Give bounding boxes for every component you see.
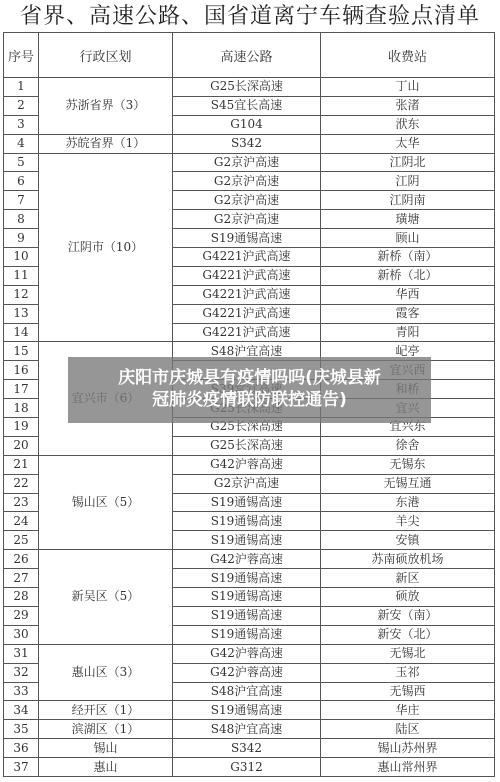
cell-road: G42沪蓉高速 (173, 644, 321, 663)
cell-no: 21 (4, 455, 39, 474)
cell-station: 苏南硕放机场 (321, 550, 495, 569)
table-row: 21锡山区（5）G42沪蓉高速无锡东 (4, 455, 495, 474)
cell-no: 28 (4, 588, 39, 607)
cell-region: 惠山区（3） (39, 644, 173, 701)
cell-road: S19通锡高速 (173, 606, 321, 625)
cell-station: 羊尖 (321, 512, 495, 531)
header-station: 收费站 (321, 33, 495, 78)
cell-no: 12 (4, 285, 39, 304)
cell-no: 24 (4, 512, 39, 531)
cell-no: 16 (4, 361, 39, 380)
cell-station: 洑东 (321, 115, 495, 134)
cell-road: S19通锡高速 (173, 493, 321, 512)
cell-road: G104 (173, 115, 321, 134)
cell-road: G4221沪武高速 (173, 248, 321, 267)
cell-station: 华庄 (321, 701, 495, 720)
cell-no: 19 (4, 418, 39, 437)
cell-road: G2京沪高速 (173, 474, 321, 493)
cell-no: 31 (4, 644, 39, 663)
cell-station: 无锡北 (321, 644, 495, 663)
cell-region: 经开区（1） (39, 701, 173, 720)
table-row: 37惠山G312惠山常州界 (4, 758, 495, 777)
cell-region: 苏浙省界（3） (39, 78, 173, 135)
cell-station: 江阴南 (321, 191, 495, 210)
cell-road: S19通锡高速 (173, 512, 321, 531)
cell-road: S19通锡高速 (173, 569, 321, 588)
cell-station: 陆区 (321, 720, 495, 739)
cell-road: G4221沪武高速 (173, 285, 321, 304)
cell-station: 新区 (321, 569, 495, 588)
cell-no: 23 (4, 493, 39, 512)
cell-road: S19通锡高速 (173, 229, 321, 248)
cell-road: S19通锡高速 (173, 625, 321, 644)
table-row: 1苏浙省界（3）G25长深高速丁山 (4, 78, 495, 97)
cell-road: G4221沪武高速 (173, 266, 321, 285)
cell-station: 锡山苏州界 (321, 739, 495, 758)
cell-no: 32 (4, 663, 39, 682)
cell-no: 3 (4, 115, 39, 134)
cell-no: 26 (4, 550, 39, 569)
cell-station: 顾山 (321, 229, 495, 248)
header-road: 高速公路 (173, 33, 321, 78)
cell-region: 惠山 (39, 758, 173, 777)
cell-no: 10 (4, 248, 39, 267)
cell-no: 14 (4, 323, 39, 342)
cell-station: 新桥（南） (321, 248, 495, 267)
cell-no: 20 (4, 436, 39, 455)
cell-station: 徐舍 (321, 436, 495, 455)
cell-road: G42沪蓉高速 (173, 663, 321, 682)
cell-no: 27 (4, 569, 39, 588)
cell-no: 37 (4, 758, 39, 777)
table-row: 36锡山S342锡山苏州界 (4, 739, 495, 758)
cell-no: 13 (4, 304, 39, 323)
cell-station: 玉祁 (321, 663, 495, 682)
cell-no: 33 (4, 682, 39, 701)
cell-no: 29 (4, 606, 39, 625)
cell-no: 17 (4, 380, 39, 399)
cell-road: G312 (173, 758, 321, 777)
cell-no: 36 (4, 739, 39, 758)
cell-no: 34 (4, 701, 39, 720)
cell-no: 25 (4, 531, 39, 550)
cell-station: 新桥（北） (321, 266, 495, 285)
cell-station: 硕放 (321, 588, 495, 607)
overlay-line-1: 庆阳市庆城县有疫情吗吗(庆城县新 (68, 367, 431, 389)
cell-region: 滨湖区（1） (39, 720, 173, 739)
cell-road: G2京沪高速 (173, 210, 321, 229)
cell-road: S19通锡高速 (173, 531, 321, 550)
cell-station: 无锡西 (321, 682, 495, 701)
cell-station: 新安（南） (321, 606, 495, 625)
cell-station: 丁山 (321, 78, 495, 97)
cell-region: 苏皖省界（1） (39, 134, 173, 153)
cell-station: 东港 (321, 493, 495, 512)
cell-road: S19通锡高速 (173, 588, 321, 607)
cell-no: 9 (4, 229, 39, 248)
cell-station: 霞客 (321, 304, 495, 323)
cell-station: 安镇 (321, 531, 495, 550)
document-title: 省界、高速公路、国省道离宁车辆查验点清单 (0, 2, 500, 32)
cell-no: 22 (4, 474, 39, 493)
cell-road: S48沪宜高速 (173, 682, 321, 701)
cell-no: 5 (4, 153, 39, 172)
cell-road: G25长深高速 (173, 436, 321, 455)
cell-road: G42沪蓉高速 (173, 550, 321, 569)
table-row: 26新吴区（5）G42沪蓉高速苏南硕放机场 (4, 550, 495, 569)
cell-station: 璜塘 (321, 210, 495, 229)
cell-road: G4221沪武高速 (173, 304, 321, 323)
table-row: 31惠山区（3）G42沪蓉高速无锡北 (4, 644, 495, 663)
cell-no: 2 (4, 96, 39, 115)
cell-no: 11 (4, 266, 39, 285)
table-row: 4苏皖省界（1）S342太华 (4, 134, 495, 153)
table-row: 34经开区（1）S19通锡高速华庄 (4, 701, 495, 720)
cell-road: G42沪蓉高速 (173, 455, 321, 474)
cell-road: G2京沪高速 (173, 153, 321, 172)
cell-road: S48沪宜高速 (173, 720, 321, 739)
table-header-row: 序号 行政区划 高速公路 收费站 (4, 33, 495, 78)
cell-road: G2京沪高速 (173, 191, 321, 210)
cell-road: S45宜长高速 (173, 96, 321, 115)
cell-station: 惠山常州界 (321, 758, 495, 777)
cell-road: G2京沪高速 (173, 172, 321, 191)
cell-station: 新安（北） (321, 625, 495, 644)
cell-no: 30 (4, 625, 39, 644)
header-region: 行政区划 (39, 33, 173, 78)
cell-road: G25长深高速 (173, 78, 321, 97)
cell-station: 张渚 (321, 96, 495, 115)
header-no: 序号 (4, 33, 39, 78)
cell-region: 锡山区（5） (39, 455, 173, 549)
cell-no: 1 (4, 78, 39, 97)
cell-station: 江阴北 (321, 153, 495, 172)
cell-region: 江阴市（10） (39, 153, 173, 342)
headline-overlay-banner: 庆阳市庆城县有疫情吗吗(庆城县新 冠肺炎疫情联防联控通告) (68, 357, 431, 423)
cell-no: 7 (4, 191, 39, 210)
table-body: 1苏浙省界（3）G25长深高速丁山2S45宜长高速张渚3G104洑东4苏皖省界（… (4, 78, 495, 777)
cell-no: 15 (4, 342, 39, 361)
cell-region: 锡山 (39, 739, 173, 758)
cell-station: 无锡互通 (321, 474, 495, 493)
cell-no: 35 (4, 720, 39, 739)
cell-station: 无锡东 (321, 455, 495, 474)
cell-station: 华西 (321, 285, 495, 304)
cell-road: S342 (173, 134, 321, 153)
cell-no: 18 (4, 399, 39, 418)
cell-road: G4221沪武高速 (173, 323, 321, 342)
cell-station: 太华 (321, 134, 495, 153)
table-row: 35滨湖区（1）S48沪宜高速陆区 (4, 720, 495, 739)
overlay-line-2: 冠肺炎疫情联防联控通告) (68, 389, 431, 411)
cell-road: S19通锡高速 (173, 701, 321, 720)
cell-road: S342 (173, 739, 321, 758)
cell-no: 8 (4, 210, 39, 229)
cell-no: 4 (4, 134, 39, 153)
cell-station: 青阳 (321, 323, 495, 342)
cell-station: 江阴 (321, 172, 495, 191)
cell-region: 新吴区（5） (39, 550, 173, 644)
cell-no: 6 (4, 172, 39, 191)
table-row: 5江阴市（10）G2京沪高速江阴北 (4, 153, 495, 172)
